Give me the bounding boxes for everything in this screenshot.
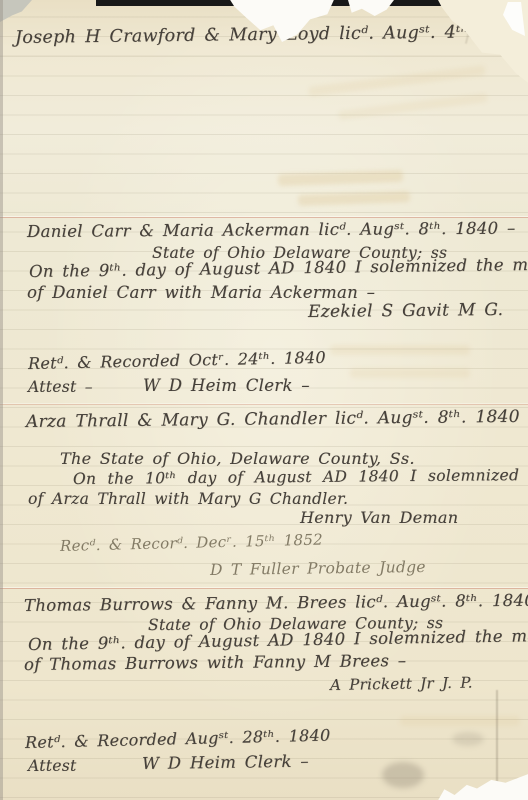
return1-recorded-line: Retᵈ. & Recorded Octʳ. 24ᵗʰ. 1840: [28, 348, 326, 373]
entry4-signature-justice: A Prickett Jr J. P.: [330, 674, 473, 694]
return2-recorded-line: Retᵈ. & Recorded Augˢᵗ. 28ᵗʰ. 1840: [25, 726, 331, 752]
entry3-signature-vandeman: Henry Van Deman: [300, 508, 458, 527]
crease-line: [496, 690, 498, 786]
entry3-body-line2: of Arza Thrall with Mary G Chandler.: [28, 490, 348, 508]
entry3-body-line1: On the 10ᵗʰ day of August AD 1840 I sole…: [73, 465, 528, 488]
return2-clerk-signature: W D Heim Clerk –: [142, 752, 309, 773]
bleedthrough-mark: [350, 368, 470, 378]
scan-corner-patch: [0, 0, 32, 22]
torn-paper-bottom-right: [426, 764, 528, 800]
entry2-signature-gavit: Ezekiel S Gavit M G.: [308, 300, 503, 322]
torn-paper-top-small: [348, 0, 394, 16]
bleedthrough-mark: [308, 65, 486, 97]
bleedthrough-mark: [338, 93, 488, 120]
entry2-header: Daniel Carr & Maria Ackerman licᵈ. Augˢᵗ…: [27, 219, 516, 241]
entry-divider-rule: [0, 588, 528, 589]
entry3-recorded-line: Recᵈ. & Recorᵈ. Decʳ. 15ᵗʰ 1852: [60, 531, 323, 555]
return1-attest-label: Attest –: [28, 378, 93, 396]
ledger-page: Joseph H Crawford & Mary Loyd licᵈ. Augˢ…: [0, 0, 528, 800]
entry2-body-line2: of Daniel Carr with Maria Ackerman –: [27, 283, 375, 302]
entry2-body-line1: On the 9ᵗʰ. day of August AD 1840 I sole…: [29, 254, 528, 281]
entry-divider-rule: [0, 404, 528, 405]
bleedthrough-mark: [330, 345, 470, 355]
entry3-venue: The State of Ohio, Delaware County, Ss.: [60, 449, 415, 468]
stain: [382, 762, 424, 788]
bleedthrough-mark: [298, 191, 410, 206]
return2-attest-label: Attest: [28, 757, 77, 775]
entry-divider-rule: [0, 217, 528, 218]
stain: [452, 732, 484, 746]
bleedthrough-mark: [278, 170, 403, 186]
entry4-header: Thomas Burrows & Fanny M. Brees licᵈ. Au…: [24, 590, 528, 615]
entry3-header: Arza Thrall & Mary G. Chandler licᵈ. Aug…: [26, 407, 528, 432]
return1-clerk-signature: W D Heim Clerk –: [143, 376, 310, 395]
entry4-body-line2: of Thomas Burrows with Fanny M Brees –: [24, 651, 406, 674]
entry3-probate-judge-signature: D T Fuller Probate Judge: [210, 558, 426, 579]
page-left-edge: [0, 0, 3, 800]
bleedthrough-mark: [400, 716, 520, 726]
